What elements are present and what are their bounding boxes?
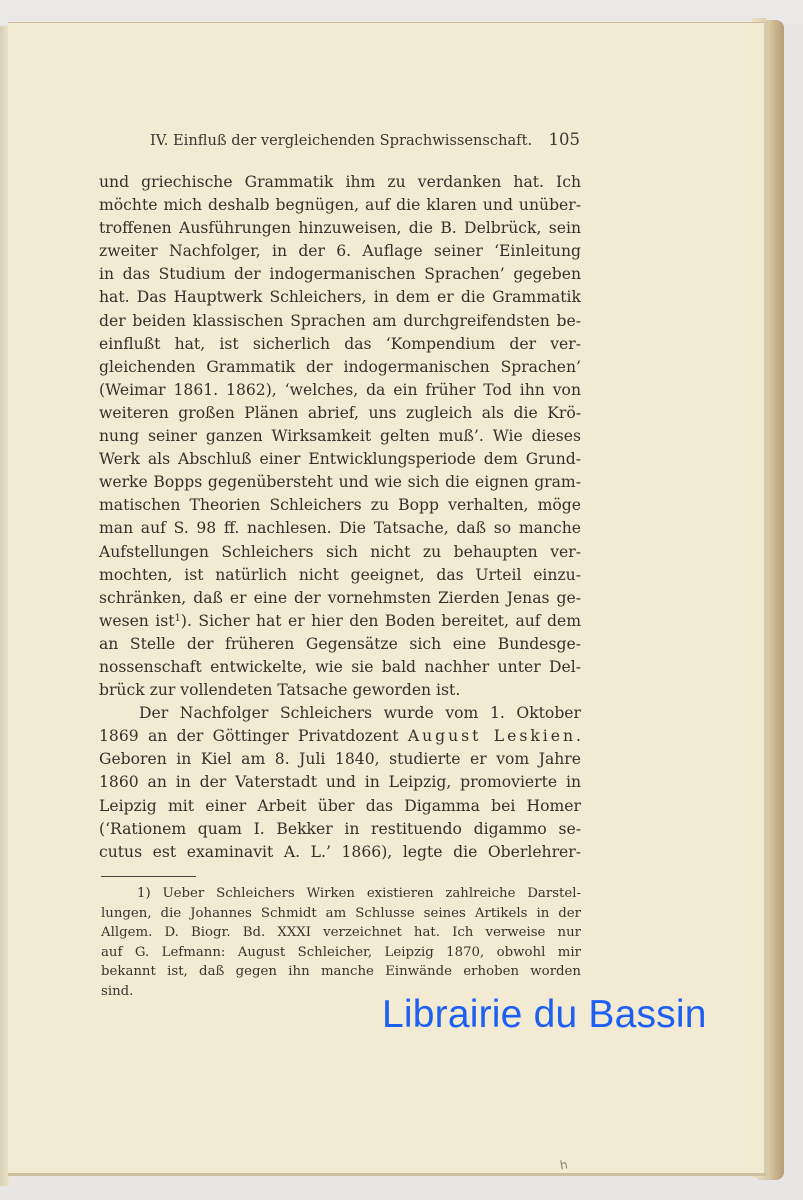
text-fragment: ). Sicher hat er hier den Boden bereitet… [181, 612, 581, 630]
text-line: Aufstellungen Schleichers sich nicht zu … [99, 541, 581, 564]
text-line: brück zur vollendeten Tatsache geworden … [99, 679, 581, 702]
page-number: 105 [549, 130, 581, 149]
text-line: nung seiner ganzen Wirksamkeit gelten mu… [99, 425, 581, 448]
text-line: (‘Rationem quam I. Bekker in restituendo… [99, 818, 581, 841]
text-fragment: . [576, 727, 581, 745]
footnote-line: lungen, die Johannes Schmidt am Schlusse… [101, 904, 581, 924]
paragraph-start-line: Der Nachfolger Schleichers wurde vom 1. … [99, 702, 581, 725]
text-line: gleichenden Grammatik der indogermanisch… [99, 356, 581, 379]
footnote-divider [101, 876, 196, 877]
text-line: und griechische Grammatik ihm zu verdank… [99, 171, 581, 194]
footnote-line: bekannt ist, daß gegen ihn manche Einwän… [101, 962, 581, 982]
text-line: möchte mich deshalb begnügen, auf die kl… [99, 194, 581, 217]
watermark-text: Librairie du Bassin [382, 993, 707, 1037]
text-line: der beiden klassischen Sprachen am durch… [99, 310, 581, 333]
text-line: schränken, daß er eine der vornehmsten Z… [99, 587, 581, 610]
footnote: 1) Ueber Schleichers Wirken existieren z… [101, 884, 581, 1002]
text-line: werke Bopps gegenübersteht und wie sich … [99, 471, 581, 494]
footnote-line: auf G. Lefmann: August Schleicher, Leipz… [101, 943, 581, 963]
text-fragment: wesen ist [99, 612, 175, 630]
text-line: Geboren in Kiel am 8. Juli 1840, studier… [99, 748, 581, 771]
text-line: zweiter Nachfolger, in der 6. Auflage se… [99, 240, 581, 263]
text-line: an Stelle der früheren Gegensätze sich e… [99, 633, 581, 656]
footnote-line: 1) Ueber Schleichers Wirken existieren z… [101, 884, 581, 904]
text-line: (Weimar 1861. 1862), ‘welches, da ein fr… [99, 379, 581, 402]
text-line: Leipzig mit einer Arbeit über das Digamm… [99, 795, 581, 818]
text-line: in das Studium der indogermanischen Spra… [99, 263, 581, 286]
text-line: cutus est examinavit A. L.’ 1866), legte… [99, 841, 581, 864]
text-line: weiteren großen Plänen abrief, uns zugle… [99, 402, 581, 425]
text-line: 1860 an in der Vaterstadt und in Leipzig… [99, 771, 581, 794]
text-line: troffenen Ausführungen hinzuweisen, die … [99, 217, 581, 240]
person-name-spaced: August Leskien [408, 727, 576, 745]
running-head: IV. Einfluß der vergleichenden Sprachwis… [150, 132, 580, 149]
text-line-with-name: 1869 an der Göttinger Privatdozent Augus… [99, 725, 581, 748]
text-line: einflußt hat, ist sicherlich das ‘Kompen… [99, 333, 581, 356]
text-line: man auf S. 98 ff. nachlesen. Die Tatsach… [99, 517, 581, 540]
text-line: nossenschaft entwickelte, wie sie bald n… [99, 656, 581, 679]
text-line: hat. Das Hauptwerk Schleichers, in dem e… [99, 286, 581, 309]
text-line-with-footnote-ref: wesen ist1). Sicher hat er hier den Bode… [99, 610, 581, 633]
footnote-line: Allgem. D. Biogr. Bd. XXXI verzeichnet h… [101, 923, 581, 943]
text-line: Werk als Abschluß einer Entwicklungsperi… [99, 448, 581, 471]
body-text: und griechische Grammatik ihm zu verdank… [99, 171, 581, 864]
text-line: matischen Theorien Schleichers zu Bopp v… [99, 494, 581, 517]
text-fragment: 1869 an der Göttinger Privatdozent [99, 727, 408, 745]
text-line: mochten, ist natürlich nicht geeignet, d… [99, 564, 581, 587]
chapter-title: IV. Einfluß der vergleichenden Sprachwis… [150, 132, 532, 149]
photo-backdrop [0, 0, 803, 24]
